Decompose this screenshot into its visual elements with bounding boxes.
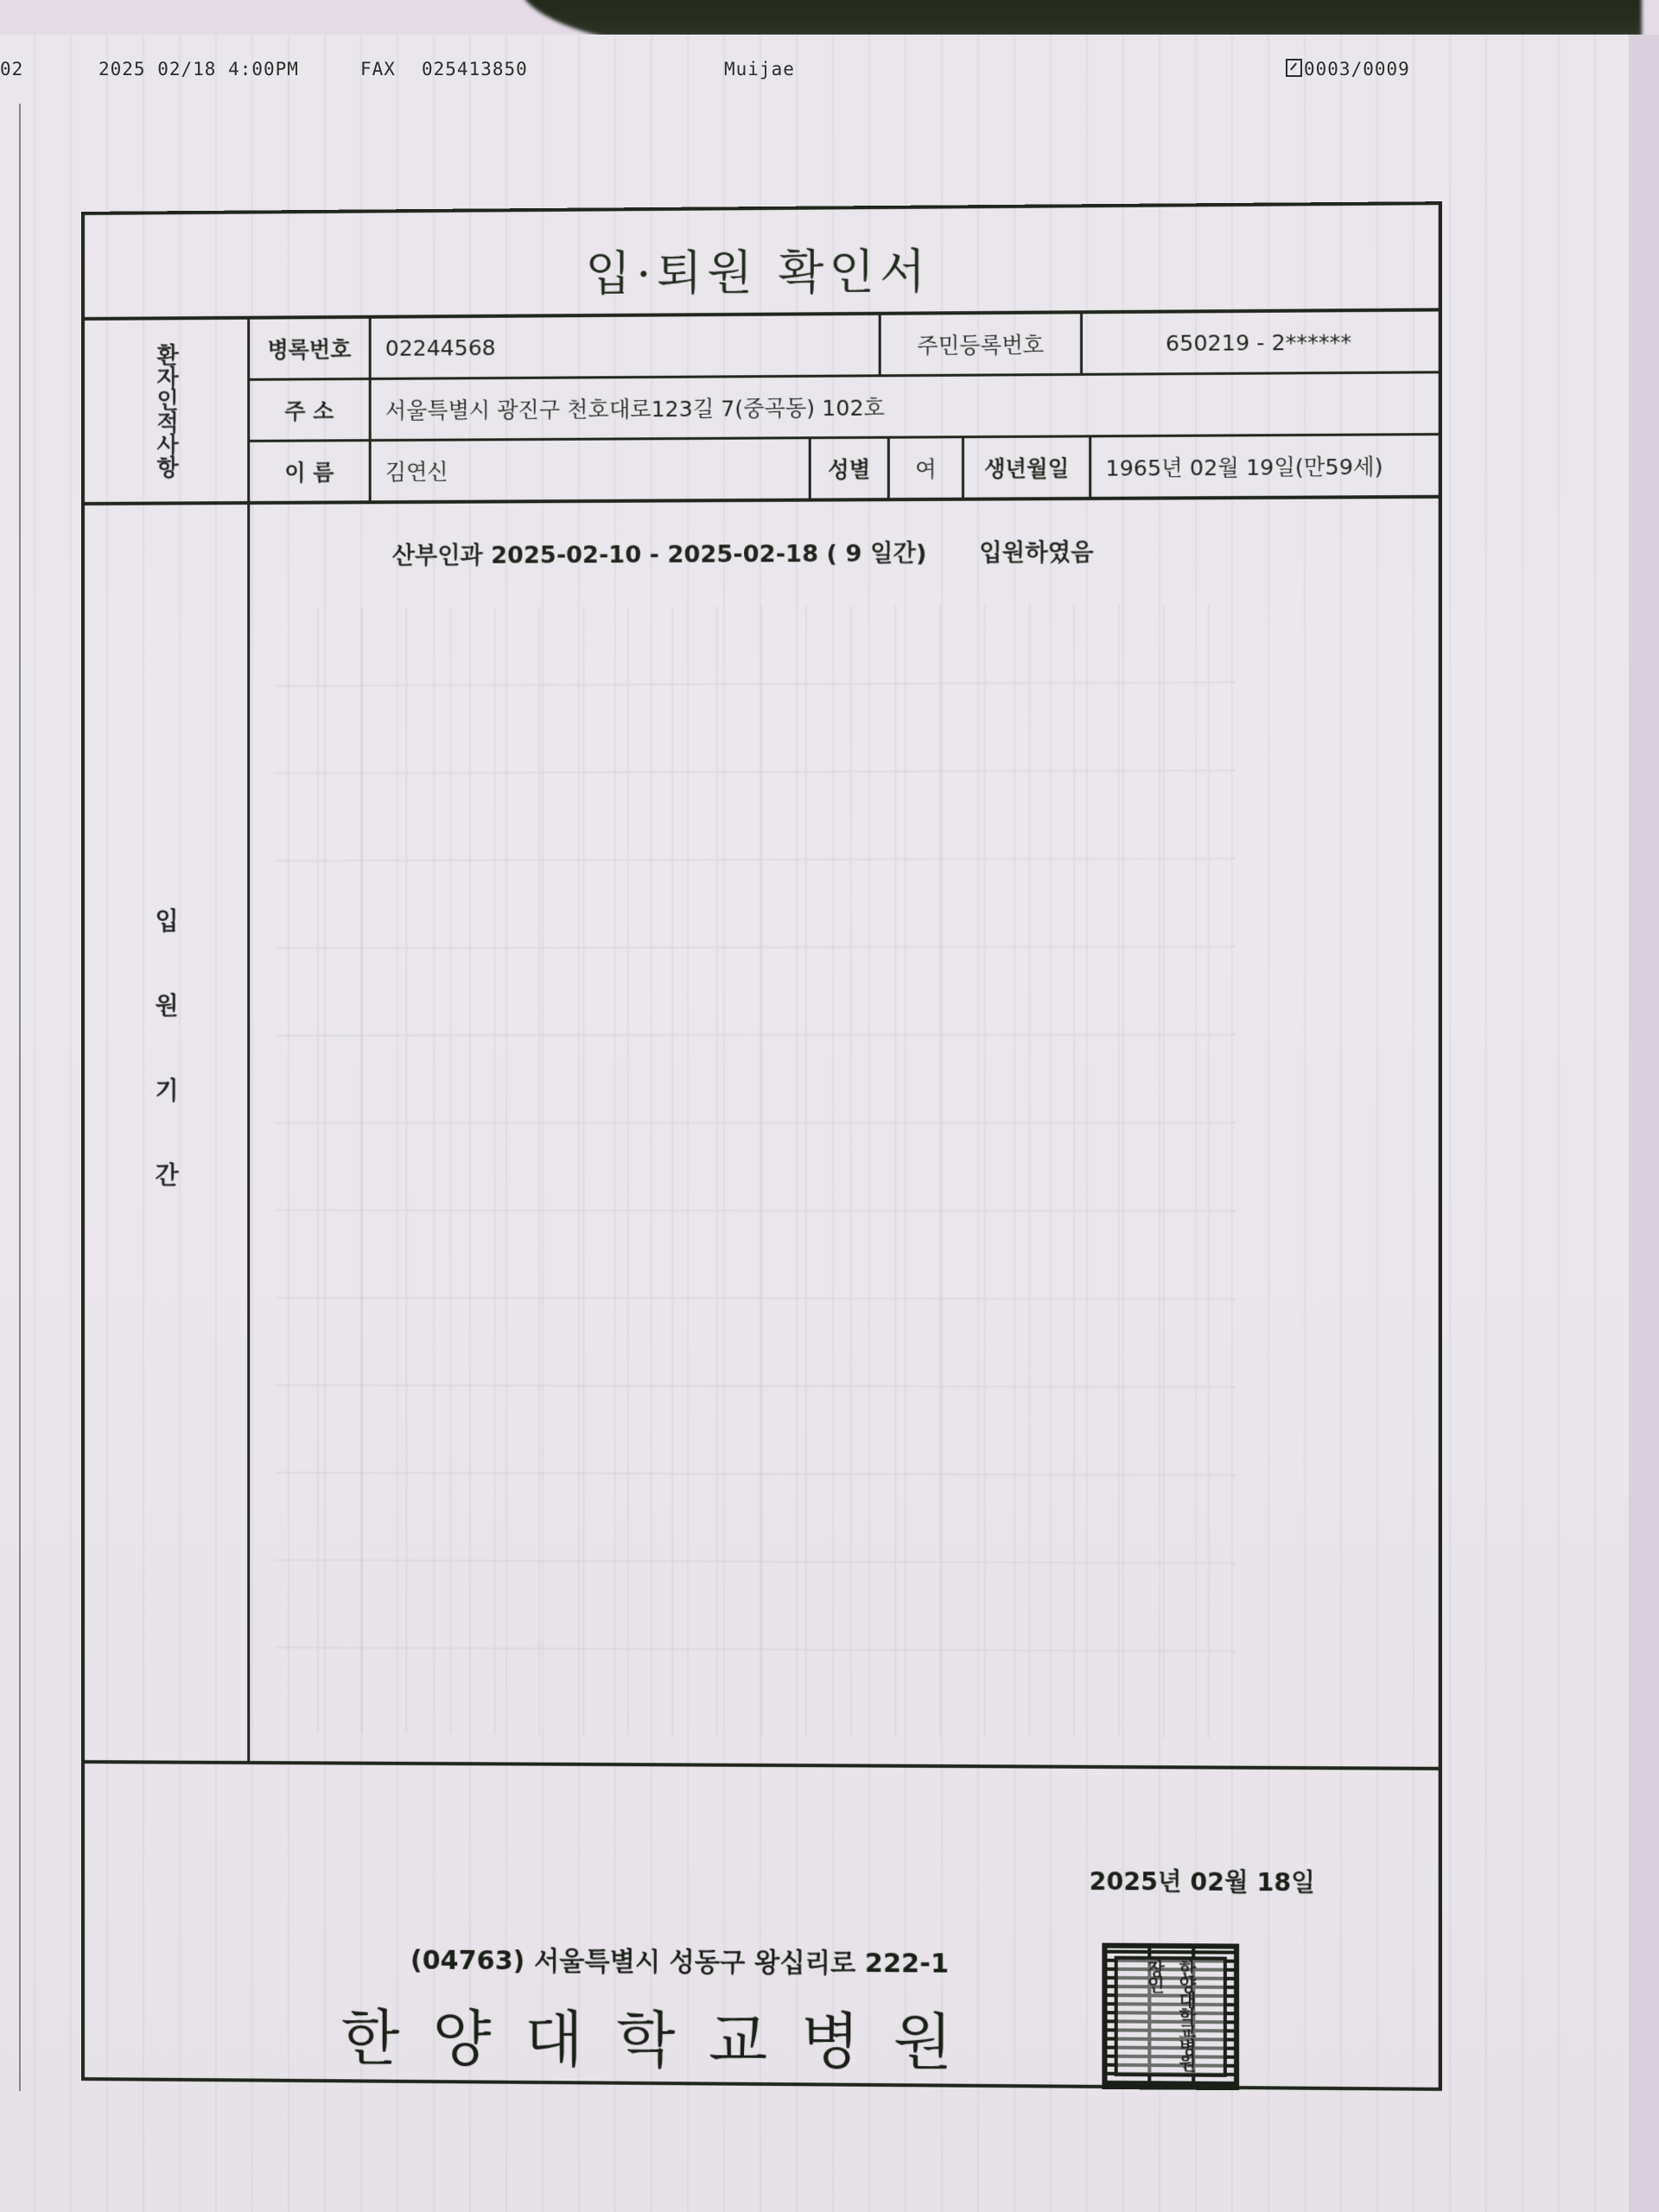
resident-no-value: 650219 - 2****** xyxy=(1083,312,1435,373)
hospital-name: 한양대학교병원 xyxy=(341,1990,986,2082)
seal-text: 한양대학교병원장인 xyxy=(1115,1956,1227,2077)
period-section-label: 입 원 기 간 xyxy=(85,505,250,1761)
period-label-char: 기 xyxy=(156,1072,179,1107)
period-label-char: 입 xyxy=(156,903,179,938)
patient-section-label-text: 환자인적사항 xyxy=(150,343,182,478)
name-label: 이 름 xyxy=(250,442,371,501)
period-label-char: 원 xyxy=(156,988,179,1022)
info-row-address: 주 소 서울특별시 광진구 천호대로123길 7(중곡동) 102호 xyxy=(250,373,1438,442)
official-seal-icon: 한양대학교병원장인 xyxy=(1102,1943,1239,2091)
birth-value: 1965년 02월 19일(만59세) xyxy=(1091,435,1434,497)
name-value: 김연신 xyxy=(372,439,811,500)
document-title: 입·퇴원 확인서 xyxy=(85,232,1439,308)
admission-period-section: 입 원 기 간 산부인과 2025-02-10 - 2025-02-18 ( 9… xyxy=(85,499,1439,1770)
patient-info-section: 환자인적사항 병록번호 02244568 주민등록번호 650219 - 2**… xyxy=(85,312,1439,505)
title-row: 입·퇴원 확인서 xyxy=(85,205,1439,321)
fax-page-icon xyxy=(1286,59,1302,77)
bleed-through-table xyxy=(275,604,1236,1738)
admission-statement: 입원하였음 xyxy=(979,539,1093,567)
fax-header: 02 2025 02/18 4:00PM FAX 025413850 Muija… xyxy=(0,59,1469,85)
admission-start-date: 2025-02-10 xyxy=(491,542,641,569)
fax-page-count-text: 0003/0009 xyxy=(1304,59,1410,79)
fax-page-prefix: 02 xyxy=(0,59,23,79)
issue-date: 2025년 02월 18일 xyxy=(1090,1863,1315,1899)
admission-duration: ( 9 일간) xyxy=(827,540,927,568)
fax-page-count: 0003/0009 xyxy=(1286,59,1410,79)
left-margin-line xyxy=(19,104,21,2091)
fax-number: 025413850 xyxy=(422,59,528,79)
underlying-page-edge xyxy=(1629,35,1659,2212)
sex-value: 여 xyxy=(890,438,964,498)
info-row-registration: 병록번호 02244568 주민등록번호 650219 - 2****** xyxy=(250,312,1438,381)
period-label-char: 간 xyxy=(156,1157,179,1192)
registration-no-value: 02244568 xyxy=(372,315,881,378)
fax-datetime: 2025 02/18 4:00PM xyxy=(99,59,299,79)
admission-period-statement: 산부인과 2025-02-10 - 2025-02-18 ( 9 일간)입원하였… xyxy=(392,533,1094,570)
resident-no-label: 주민등록번호 xyxy=(881,314,1083,374)
patient-section-label: 환자인적사항 xyxy=(85,320,250,502)
department: 산부인과 xyxy=(392,543,483,570)
address-value: 서울특별시 광진구 천호대로123길 7(중곡동) 102호 xyxy=(372,373,1422,439)
issuer-section: 2025년 02월 18일 (04763) 서울특별시 성동구 왕십리로 222… xyxy=(85,1764,1439,2088)
hospital-address: (04763) 서울특별시 성동구 왕십리로 222-1 xyxy=(410,1938,949,1980)
info-row-name: 이 름 김연신 성별 여 생년월일 1965년 02월 19일(만59세) xyxy=(250,435,1438,501)
sex-label: 성별 xyxy=(811,439,890,499)
patient-info-grid: 병록번호 02244568 주민등록번호 650219 - 2****** 주 … xyxy=(250,312,1438,501)
registration-no-label: 병록번호 xyxy=(250,319,371,378)
fax-sender: Muijae xyxy=(724,59,795,79)
admission-discharge-form: 입·퇴원 확인서 환자인적사항 병록번호 02244568 주민등록번호 650… xyxy=(81,201,1442,2091)
address-label: 주 소 xyxy=(250,380,371,440)
admission-end-date: 2025-02-18 xyxy=(668,541,819,569)
fax-label: FAX xyxy=(360,59,396,79)
birth-label: 생년월일 xyxy=(964,437,1091,497)
